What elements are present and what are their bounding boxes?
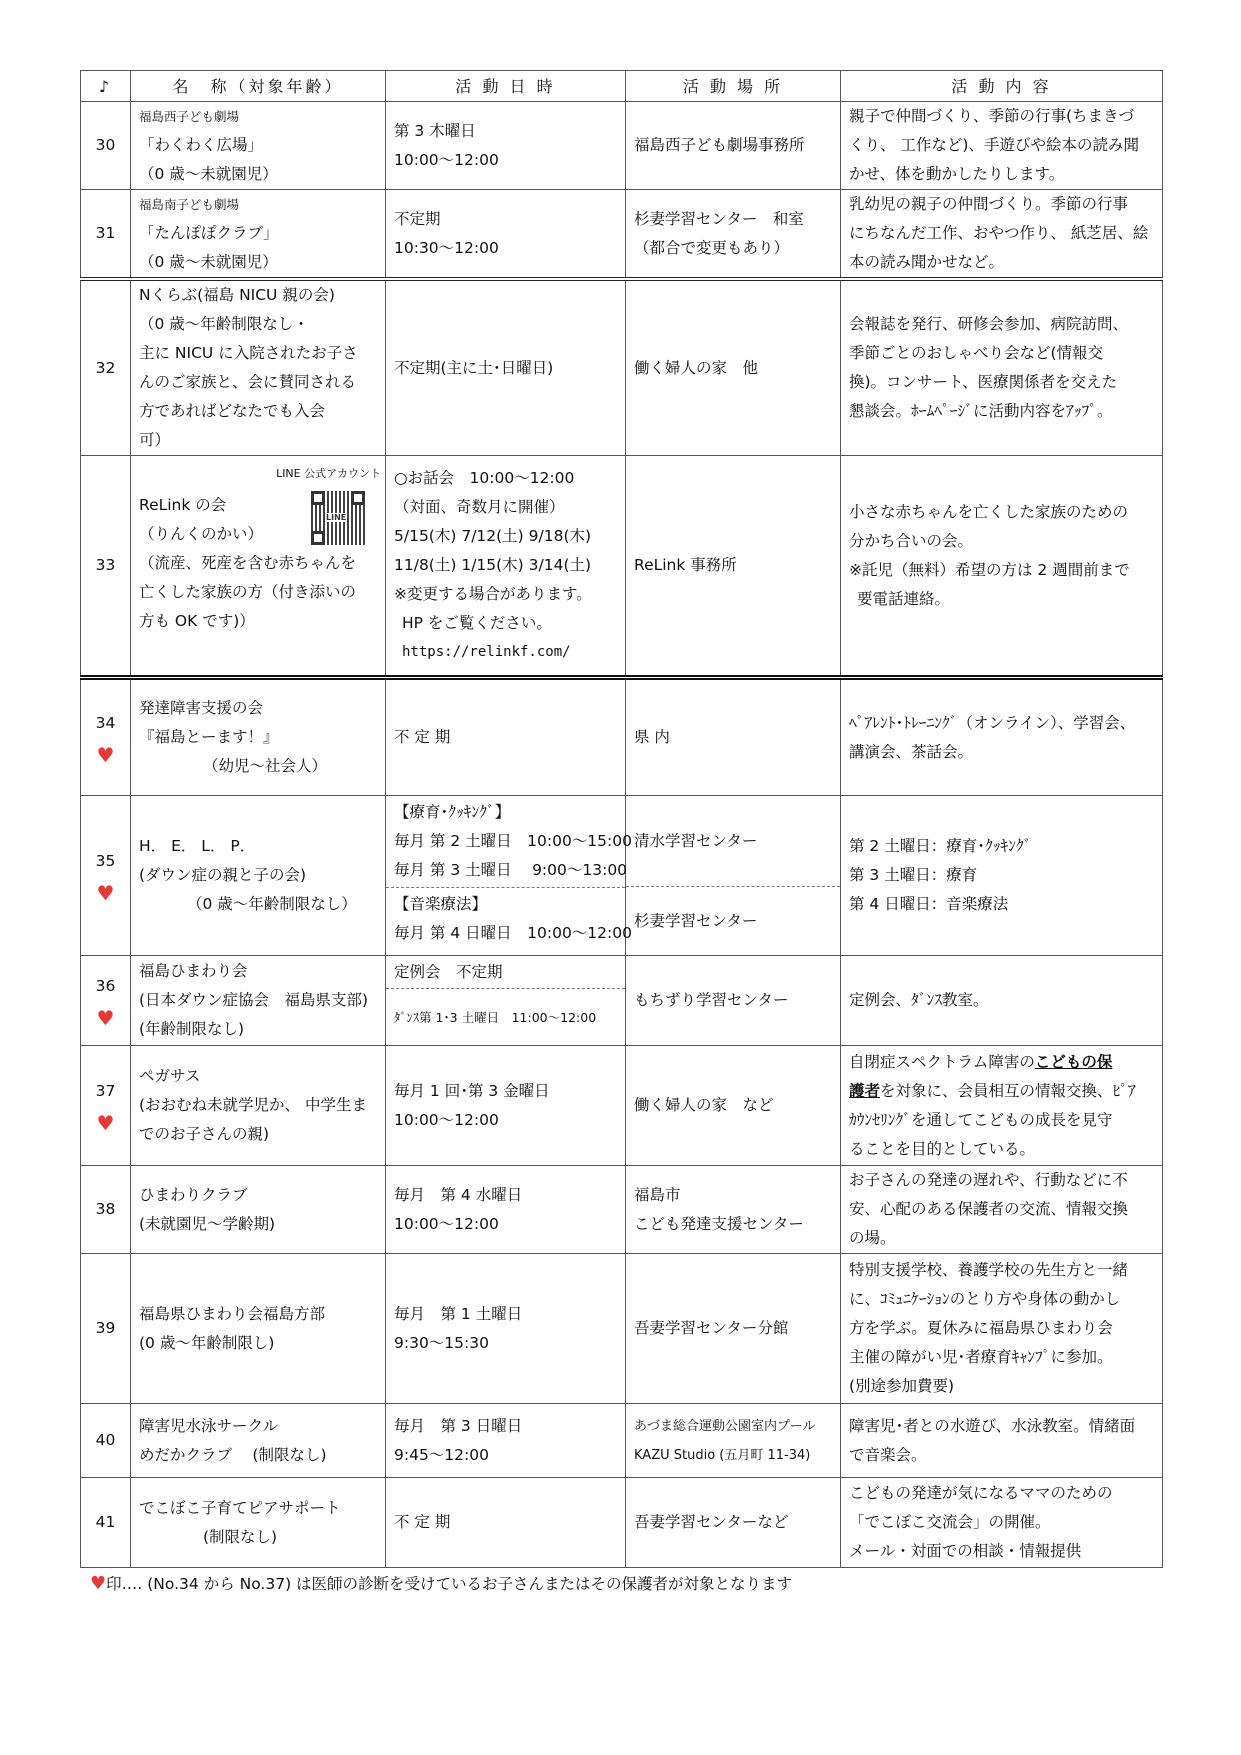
- time-line: 毎月 第 4 水曜日: [394, 1181, 617, 1210]
- name-line: （流産、死産を含む赤ちゃんを: [139, 549, 377, 578]
- row-number: 39: [81, 1254, 131, 1404]
- row-name: ペガサス (おおむね未就学児か、 中学生ま でのお子さんの親): [131, 1046, 386, 1166]
- place-line: もちずり学習センター: [634, 986, 832, 1015]
- desc-line: 小さな赤ちゃんを亡くした家族のための: [849, 498, 1154, 527]
- table-row: 33 LINE 公式アカウント LINE ReLink の会 （りんくのかい） …: [81, 456, 1163, 678]
- activity-table: ♪ 名 称（対象年齢） 活 動 日 時 活 動 場 所 活 動 内 容 30 福…: [80, 70, 1163, 1568]
- row-desc: 障害児･者との水遊び、水泳教室。情緒面 で音楽会。: [841, 1404, 1163, 1478]
- desc-line: 分かち合いの会。: [849, 527, 1154, 556]
- name-line: H． E． L． P．: [139, 832, 377, 861]
- desc-line: 方を学ぶ。夏休みに福島県ひまわり会: [849, 1314, 1154, 1343]
- name-line: (おおむね未就学児か、 中学生ま: [139, 1091, 377, 1120]
- website-link[interactable]: https://relinkf.com/: [394, 638, 617, 667]
- time-line: 毎月 第 3 土曜日 9:00～13:00: [394, 856, 617, 885]
- row-name: ひまわりクラブ (未就園児～学齢期): [131, 1166, 386, 1254]
- time-line: 第 3 木曜日: [394, 117, 617, 146]
- place-line: 杉妻学習センター: [634, 907, 757, 936]
- time-line: 10:00～12:00: [394, 1106, 617, 1135]
- time-line: 不定期(主に土･日曜日): [394, 354, 617, 383]
- desc-line: (別途参加費要): [849, 1372, 1154, 1401]
- name-line: Nくらぶ(福島 NICU 親の会): [139, 281, 377, 310]
- row-place: 働く婦人の家 など: [626, 1046, 841, 1166]
- desc-line: 季節ごとのおしゃべり会など(情報交: [849, 339, 1154, 368]
- place-line: あづま総合運動公園室内プール: [634, 1412, 832, 1441]
- row-place: 県 内: [626, 678, 841, 796]
- table-row: 37 ♥ ペガサス (おおむね未就学児か、 中学生ま でのお子さんの親) 毎月 …: [81, 1046, 1163, 1166]
- name-line: 福島県ひまわり会福島方部: [139, 1300, 377, 1329]
- time-line: ﾀﾞﾝｽ第 1･3 土曜日 11:00～12:00: [394, 1003, 596, 1032]
- name-line: 「わくわく広場」: [139, 131, 377, 160]
- table-row: 34 ♥ 発達障害支援の会 『福島とーます！』 （幼児～社会人） 不 定 期 県…: [81, 678, 1163, 796]
- row-number: 40: [81, 1404, 131, 1478]
- time-line: 5/15(木) 7/12(土) 9/18(木): [394, 522, 617, 551]
- row-time: 毎月 1 回･第 3 金曜日 10:00～12:00: [386, 1046, 626, 1166]
- name-line: めだかクラブ (制限なし): [139, 1441, 377, 1470]
- table-row: 30 福島西子ども劇場 「わくわく広場」 （0 歳～未就園児） 第 3 木曜日 …: [81, 102, 1163, 190]
- name-line: 可）: [139, 426, 377, 455]
- footnote-text: 印‥‥ (No.34 から No.37) は医師の診断を受けているお子さんまたは…: [106, 1575, 792, 1593]
- desc-line: 主催の障がい児･者療育ｷｬﾝﾌﾟに参加。: [849, 1343, 1154, 1372]
- time-line: 毎月 1 回･第 3 金曜日: [394, 1077, 617, 1106]
- desc-line: 親子で仲間づくり、季節の行事(ちまきづ: [849, 102, 1154, 131]
- row-number: 31: [81, 190, 131, 280]
- desc-line: 会報誌を発行、研修会参加、病院訪問、: [849, 310, 1154, 339]
- desc-line: 第 4 日曜日：音楽療法: [849, 890, 1154, 919]
- name-line: 亡くした家族の方（付き添いの: [139, 578, 377, 607]
- name-line: 障害児水泳サークル: [139, 1412, 377, 1441]
- desc-emphasis: こどもの保: [1035, 1053, 1113, 1071]
- row-place: もちずり学習センター: [626, 956, 841, 1046]
- name-line: (0 歳～年齢制限し): [139, 1329, 377, 1358]
- qr-line-text: LINE: [325, 513, 347, 522]
- row-number: 35 ♥: [81, 796, 131, 956]
- desc-line: 自閉症スペクトラム障害のこどもの保: [849, 1048, 1154, 1077]
- time-line: 不 定 期: [394, 723, 617, 752]
- row-place: 福島市 こども発達支援センター: [626, 1166, 841, 1254]
- row-time: 毎月 第 1 土曜日 9:30～15:30: [386, 1254, 626, 1404]
- row-number: 37 ♥: [81, 1046, 131, 1166]
- place-line: 清水学習センター: [634, 827, 757, 856]
- desc-line: 乳幼児の親子の仲間づくり。季節の行事: [849, 190, 1154, 219]
- row-place: 杉妻学習センター 和室 （都合で変更もあり）: [626, 190, 841, 280]
- time-block-dance: ﾀﾞﾝｽ第 1･3 土曜日 11:00～12:00: [386, 988, 625, 1045]
- name-line: 方であればどなたでも入会: [139, 397, 377, 426]
- row-number: 34 ♥: [81, 678, 131, 796]
- time-block-therapy: 【療育･ｸｯｷﾝｸﾞ】 毎月 第 2 土曜日 10:00～15:00 毎月 第 …: [394, 798, 617, 885]
- desc-line: 第 3 土曜日：療育: [849, 861, 1154, 890]
- row-place: あづま総合運動公園室内プール KAZU Studio (五月町 11-34): [626, 1404, 841, 1478]
- row-number: 38: [81, 1166, 131, 1254]
- desc-line: ※託児（無料）希望の方は 2 週間前まで: [849, 556, 1154, 585]
- row-time: 不定期(主に土･日曜日): [386, 279, 626, 456]
- name-line: 主に NICU に入院されたお子さ: [139, 339, 377, 368]
- table-row: 31 福島南子ども劇場 「たんぽぽクラブ」 （0 歳～未就園児） 不定期 10:…: [81, 190, 1163, 280]
- row-desc: 定例会、ﾀﾞﾝｽ教室。: [841, 956, 1163, 1046]
- name-line: (制限なし): [139, 1523, 377, 1552]
- row-name: 福島西子ども劇場 「わくわく広場」 （0 歳～未就園児）: [131, 102, 386, 190]
- desc-line: 要電話連絡。: [849, 585, 1154, 614]
- desc-line: かせ、体を動かしたりします。: [849, 160, 1154, 189]
- row-desc: 第 2 土曜日：療育･ｸｯｷﾝｸﾞ 第 3 土曜日：療育 第 4 日曜日：音楽療…: [841, 796, 1163, 956]
- row-number: 32: [81, 279, 131, 456]
- time-line: 定例会 不定期: [394, 963, 503, 981]
- place-line: 働く婦人の家 など: [634, 1091, 832, 1120]
- row-time: ○お話会 10:00～12:00 （対面、奇数月に開催） 5/15(木) 7/1…: [386, 456, 626, 678]
- desc-line: 護者を対象に、会員相互の情報交換、ﾋﾟｱ: [849, 1077, 1154, 1106]
- header-no: ♪: [81, 71, 131, 102]
- table-row: 38 ひまわりクラブ (未就園児～学齢期) 毎月 第 4 水曜日 10:00～1…: [81, 1166, 1163, 1254]
- row-name: 発達障害支援の会 『福島とーます！』 （幼児～社会人）: [131, 678, 386, 796]
- desc-line: にちなんだ工作、おやつ作り、 紙芝居、絵: [849, 219, 1154, 248]
- place-line: ReLink 事務所: [634, 551, 832, 580]
- name-line: 福島ひまわり会: [139, 957, 377, 986]
- row-place: 吾妻学習センターなど: [626, 1478, 841, 1568]
- time-line: （対面、奇数月に開催）: [394, 493, 617, 522]
- table-row: 36 ♥ 福島ひまわり会 (日本ダウン症協会 福島県支部) (年齢制限なし) 定…: [81, 956, 1163, 1046]
- row-time: 定例会 不定期 ﾀﾞﾝｽ第 1･3 土曜日 11:00～12:00: [386, 956, 626, 1046]
- table-row: 41 でこぼこ子育てピアサポート (制限なし) 不 定 期 吾妻学習センターなど…: [81, 1478, 1163, 1568]
- desc-line: ることを目的としている。: [849, 1135, 1154, 1164]
- table-row: 40 障害児水泳サークル めだかクラブ (制限なし) 毎月 第 3 日曜日 9:…: [81, 1404, 1163, 1478]
- row-time: 【療育･ｸｯｷﾝｸﾞ】 毎月 第 2 土曜日 10:00～15:00 毎月 第 …: [386, 796, 626, 956]
- row-desc: 会報誌を発行、研修会参加、病院訪問、 季節ごとのおしゃべり会など(情報交 換)。…: [841, 279, 1163, 456]
- desc-line: 講演会、茶話会。: [849, 738, 1154, 767]
- row-name: H． E． L． P． (ダウン症の親と子の会) （0 歳～年齢制限なし）: [131, 796, 386, 956]
- heart-icon: ♥: [89, 744, 122, 766]
- name-line: ペガサス: [139, 1062, 377, 1091]
- row-desc: 特別支援学校、養護学校の先生方と一緒 に、ｺﾐｭﾆｹｰｼｮﾝのとり方や身体の動か…: [841, 1254, 1163, 1404]
- header-place: 活 動 場 所: [626, 71, 841, 102]
- name-line: 方も OK です)）: [139, 607, 377, 636]
- row-name: 福島ひまわり会 (日本ダウン症協会 福島県支部) (年齢制限なし): [131, 956, 386, 1046]
- row-number: 30: [81, 102, 131, 190]
- row-time: 不 定 期: [386, 678, 626, 796]
- time-line: 10:00～12:00: [394, 1210, 617, 1239]
- place-line: 吾妻学習センターなど: [634, 1508, 832, 1537]
- row-number-text: 37: [96, 1082, 116, 1100]
- time-line: HP をご覧ください。: [394, 609, 617, 638]
- row-number: 41: [81, 1478, 131, 1568]
- time-block-music: 【音楽療法】 毎月 第 4 日曜日 10:00～12:00: [386, 887, 625, 948]
- desc-line: 特別支援学校、養護学校の先生方と一緒: [849, 1256, 1154, 1285]
- desc-line: ｶｳﾝｾﾘﾝｸﾞを通してこどもの成長を見守: [849, 1106, 1154, 1135]
- header-desc: 活 動 内 容: [841, 71, 1163, 102]
- row-desc: こどもの発達が気になるママのための 「でこぼこ交流会」の開催。 メール・対面での…: [841, 1478, 1163, 1568]
- desc-line: 第 2 土曜日：療育･ｸｯｷﾝｸﾞ: [849, 832, 1154, 861]
- row-name: LINE 公式アカウント LINE ReLink の会 （りんくのかい） （流産…: [131, 456, 386, 678]
- name-line: ひまわりクラブ: [139, 1181, 377, 1210]
- place-line: こども発達支援センター: [634, 1210, 832, 1239]
- row-desc: ﾍﾟｱﾚﾝﾄ･ﾄﾚｰﾆﾝｸﾞ（オンライン）、学習会、 講演会、茶話会。: [841, 678, 1163, 796]
- name-line: でのお子さんの親): [139, 1120, 377, 1149]
- row-number: 33: [81, 456, 131, 678]
- row-place: 働く婦人の家 他: [626, 279, 841, 456]
- name-line: （幼児～社会人）: [139, 752, 377, 781]
- name-line: (未就園児～学齢期): [139, 1210, 377, 1239]
- time-line: ※変更する場合があります。: [394, 580, 617, 609]
- row-name: 障害児水泳サークル めだかクラブ (制限なし): [131, 1404, 386, 1478]
- row-number: 36 ♥: [81, 956, 131, 1046]
- place-line: 県 内: [634, 723, 832, 752]
- desc-line: に、ｺﾐｭﾆｹｰｼｮﾝのとり方や身体の動かし: [849, 1285, 1154, 1314]
- row-time: 毎月 第 4 水曜日 10:00～12:00: [386, 1166, 626, 1254]
- desc-line: お子さんの発達の遅れや、行動などに不: [849, 1166, 1154, 1195]
- table-row: 39 福島県ひまわり会福島方部 (0 歳～年齢制限し) 毎月 第 1 土曜日 9…: [81, 1254, 1163, 1404]
- desc-line: 「でこぼこ交流会」の開催。: [849, 1508, 1154, 1537]
- time-line: 不定期: [394, 205, 617, 234]
- place-line: 杉妻学習センター 和室: [634, 205, 832, 234]
- name-line: (日本ダウン症協会 福島県支部): [139, 986, 377, 1015]
- row-desc: お子さんの発達の遅れや、行動などに不 安、心配のある保護者の交流、情報交換 の場…: [841, 1166, 1163, 1254]
- desc-line: 障害児･者との水遊び、水泳教室。情緒面: [849, 1412, 1154, 1441]
- heart-icon: ♥: [89, 882, 122, 904]
- desc-line: 換)。コンサート、医療関係者を交えた: [849, 368, 1154, 397]
- footnote: ♥印‥‥ (No.34 から No.37) は医師の診断を受けているお子さんまた…: [80, 1572, 1162, 1594]
- heart-icon: ♥: [89, 1007, 122, 1029]
- name-line: (ダウン症の親と子の会): [139, 861, 377, 890]
- desc-line: 安、心配のある保護者の交流、情報交換: [849, 1195, 1154, 1224]
- heart-icon: ♥: [90, 1573, 106, 1594]
- desc-line: こどもの発達が気になるママのための: [849, 1479, 1154, 1508]
- row-number-text: 36: [96, 977, 116, 995]
- place-line: （都合で変更もあり）: [634, 234, 832, 263]
- place-line: KAZU Studio (五月町 11-34): [634, 1441, 832, 1470]
- name-line: 福島西子ども劇場: [139, 102, 377, 131]
- time-line: 不 定 期: [394, 1508, 617, 1537]
- line-account-label: LINE 公式アカウント: [276, 467, 381, 481]
- name-line: でこぼこ子育てピアサポート: [139, 1494, 377, 1523]
- desc-text: 自閉症スペクトラム障害の: [849, 1053, 1035, 1071]
- header-name: 名 称（対象年齢）: [131, 71, 386, 102]
- table-row: 32 Nくらぶ(福島 NICU 親の会) （0 歳～年齢制限なし・ 主に NIC…: [81, 279, 1163, 456]
- row-place: 福島西子ども劇場事務所: [626, 102, 841, 190]
- place-block-1: 清水学習センター: [626, 796, 840, 886]
- place-line: 吾妻学習センター分館: [634, 1314, 832, 1343]
- row-time: 第 3 木曜日 10:00～12:00: [386, 102, 626, 190]
- row-name: 福島南子ども劇場 「たんぽぽクラブ」 （0 歳～未就園児）: [131, 190, 386, 280]
- time-line: 毎月 第 2 土曜日 10:00～15:00: [394, 827, 617, 856]
- desc-line: の場。: [849, 1224, 1154, 1253]
- table-header-row: ♪ 名 称（対象年齢） 活 動 日 時 活 動 場 所 活 動 内 容: [81, 71, 1163, 102]
- desc-text: を対象に、会員相互の情報交換、ﾋﾟｱ: [880, 1082, 1136, 1100]
- time-line: 【音楽療法】: [394, 890, 617, 919]
- time-line: ○お話会 10:00～12:00: [394, 464, 617, 493]
- time-line: 9:45～12:00: [394, 1441, 617, 1470]
- desc-line: くり、 工作など)、手遊びや絵本の読み聞: [849, 131, 1154, 160]
- row-time: 不 定 期: [386, 1478, 626, 1568]
- place-block-2: 杉妻学習センター: [626, 886, 840, 955]
- time-line: 10:30～12:00: [394, 234, 617, 263]
- row-name: Nくらぶ(福島 NICU 親の会) （0 歳～年齢制限なし・ 主に NICU に…: [131, 279, 386, 456]
- row-time: 不定期 10:30～12:00: [386, 190, 626, 280]
- row-name: でこぼこ子育てピアサポート (制限なし): [131, 1478, 386, 1568]
- desc-line: で音楽会。: [849, 1441, 1154, 1470]
- row-desc: 自閉症スペクトラム障害のこどもの保 護者を対象に、会員相互の情報交換、ﾋﾟｱ ｶ…: [841, 1046, 1163, 1166]
- desc-line: ﾍﾟｱﾚﾝﾄ･ﾄﾚｰﾆﾝｸﾞ（オンライン）、学習会、: [849, 709, 1154, 738]
- place-line: 福島西子ども劇場事務所: [634, 131, 832, 160]
- time-line: 11/8(土) 1/15(木) 3/14(土): [394, 551, 617, 580]
- desc-line: 定例会、ﾀﾞﾝｽ教室。: [849, 986, 1154, 1015]
- heart-icon: ♥: [89, 1112, 122, 1134]
- row-number-text: 34: [96, 714, 116, 732]
- name-line: （0 歳～未就園児）: [139, 248, 377, 277]
- place-line: 働く婦人の家 他: [634, 354, 832, 383]
- name-line: んのご家族と、会に賛同される: [139, 368, 377, 397]
- table-row: 35 ♥ H． E． L． P． (ダウン症の親と子の会) （0 歳～年齢制限な…: [81, 796, 1163, 956]
- time-line: 毎月 第 4 日曜日 10:00～12:00: [394, 919, 617, 948]
- desc-emphasis: 護者: [849, 1082, 880, 1100]
- page: ♪ 名 称（対象年齢） 活 動 日 時 活 動 場 所 活 動 内 容 30 福…: [80, 70, 1162, 1594]
- name-line: （0 歳～年齢制限なし・: [139, 310, 377, 339]
- name-line: （0 歳～未就園児）: [139, 160, 377, 189]
- time-line: 毎月 第 1 土曜日: [394, 1300, 617, 1329]
- row-desc: 小さな赤ちゃんを亡くした家族のための 分かち合いの会。 ※託児（無料）希望の方は…: [841, 456, 1163, 678]
- name-line: (年齢制限なし): [139, 1015, 377, 1044]
- row-place: ReLink 事務所: [626, 456, 841, 678]
- name-line: 発達障害支援の会: [139, 694, 377, 723]
- time-line: 9:30～15:30: [394, 1329, 617, 1358]
- place-line: 福島市: [634, 1181, 832, 1210]
- desc-line: メール・対面での相談・情報提供: [849, 1537, 1154, 1566]
- time-line: 毎月 第 3 日曜日: [394, 1412, 617, 1441]
- desc-line: 懇談会。ﾎｰﾑﾍﾟｰｼﾞに活動内容をｱｯﾌﾟ。: [849, 397, 1154, 426]
- name-line: 「たんぽぽクラブ」: [139, 219, 377, 248]
- qr-code-icon[interactable]: LINE: [311, 491, 365, 545]
- qr-corner: [311, 531, 325, 545]
- time-line: 10:00～12:00: [394, 146, 617, 175]
- desc-line: 本の読み聞かせなど。: [849, 248, 1154, 277]
- row-name: 福島県ひまわり会福島方部 (0 歳～年齢制限し): [131, 1254, 386, 1404]
- header-time: 活 動 日 時: [386, 71, 626, 102]
- name-line: 『福島とーます！』: [139, 723, 377, 752]
- row-desc: 親子で仲間づくり、季節の行事(ちまきづ くり、 工作など)、手遊びや絵本の読み聞…: [841, 102, 1163, 190]
- name-line: 福島南子ども劇場: [139, 190, 377, 219]
- row-desc: 乳幼児の親子の仲間づくり。季節の行事 にちなんだ工作、おやつ作り、 紙芝居、絵 …: [841, 190, 1163, 280]
- row-place: 吾妻学習センター分館: [626, 1254, 841, 1404]
- row-place: 清水学習センター 杉妻学習センター: [626, 796, 841, 956]
- name-line: （0 歳～年齢制限なし）: [139, 890, 377, 919]
- time-block-regular: 定例会 不定期: [386, 956, 625, 988]
- row-time: 毎月 第 3 日曜日 9:45～12:00: [386, 1404, 626, 1478]
- row-number-text: 35: [96, 852, 116, 870]
- time-line: 【療育･ｸｯｷﾝｸﾞ】: [394, 798, 617, 827]
